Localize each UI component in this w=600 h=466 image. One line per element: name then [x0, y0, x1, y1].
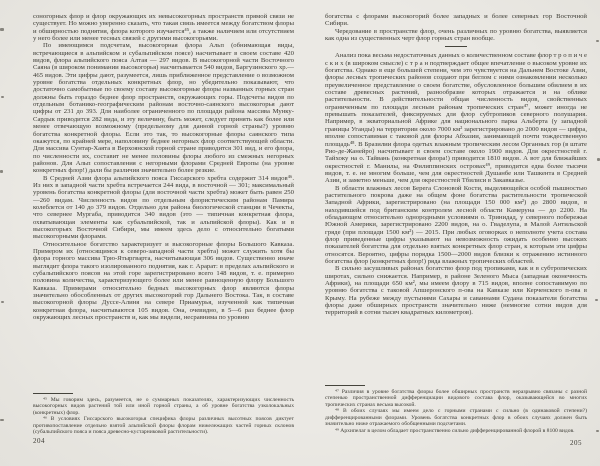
page-number-right: 205 [570, 439, 582, 447]
scan-artifact [0, 28, 4, 31]
paragraph: По имеющимся подсчетам, высокогорная фло… [33, 42, 294, 174]
footnote-49: ⁴⁹ Архипелаг в целом обладает пространст… [325, 428, 587, 435]
footnote-divider [325, 385, 365, 386]
paragraph: Чередование в пространстве флор, очень р… [325, 28, 587, 43]
scan-artifact [0, 419, 4, 421]
right-page-footnotes: ⁴⁷ Различия в уровне богатства флоры бол… [325, 385, 587, 434]
footnote-45: ⁴⁵ Мы говорим здесь, разумеется, не о су… [33, 397, 294, 417]
scan-artifact [1, 301, 4, 303]
footnote-47: ⁴⁷ Различия в уровне богатства флоры бол… [325, 389, 587, 409]
scan-artifact [596, 40, 599, 42]
left-page: соногорных флор и флор окружающих их нев… [33, 13, 294, 321]
paragraph: В Средней Азии флора альпийского пояса Г… [33, 175, 294, 241]
paragraph: Анализ пока весьма недостаточных данных … [325, 52, 587, 184]
section-divider [445, 46, 467, 47]
paragraph: В сильно засушливых районах богатство фл… [325, 265, 587, 316]
scan-artifact [0, 170, 3, 173]
right-page: богатства с флорами высокогорий более за… [325, 13, 587, 317]
paragraph: Относительное богатство характеризует и … [33, 241, 294, 322]
footnote-48: ⁴⁸ В обоих случаях мы имеем дело с горны… [325, 408, 587, 428]
paragraph-continuation: соногорных флор и флор окружающих их нев… [33, 13, 294, 42]
left-page-footnotes: ⁴⁵ Мы говорим здесь, разумеется, не о су… [33, 393, 294, 436]
scan-artifact [595, 299, 598, 301]
footnote-46: ⁴⁶ В условиях Гиссарского высокогорья сп… [33, 416, 294, 436]
paragraph: В области влажных лесов Берега Слоновой … [325, 185, 587, 266]
page-number-left: 204 [33, 437, 45, 445]
scan-artifact [1, 96, 4, 98]
footnote-divider [33, 393, 73, 394]
scan-artifact [596, 430, 599, 432]
book-spread-scan: соногорных флор и флор окружающих их нев… [0, 0, 600, 466]
paragraph-continuation: богатства с флорами высокогорий более за… [325, 13, 587, 28]
